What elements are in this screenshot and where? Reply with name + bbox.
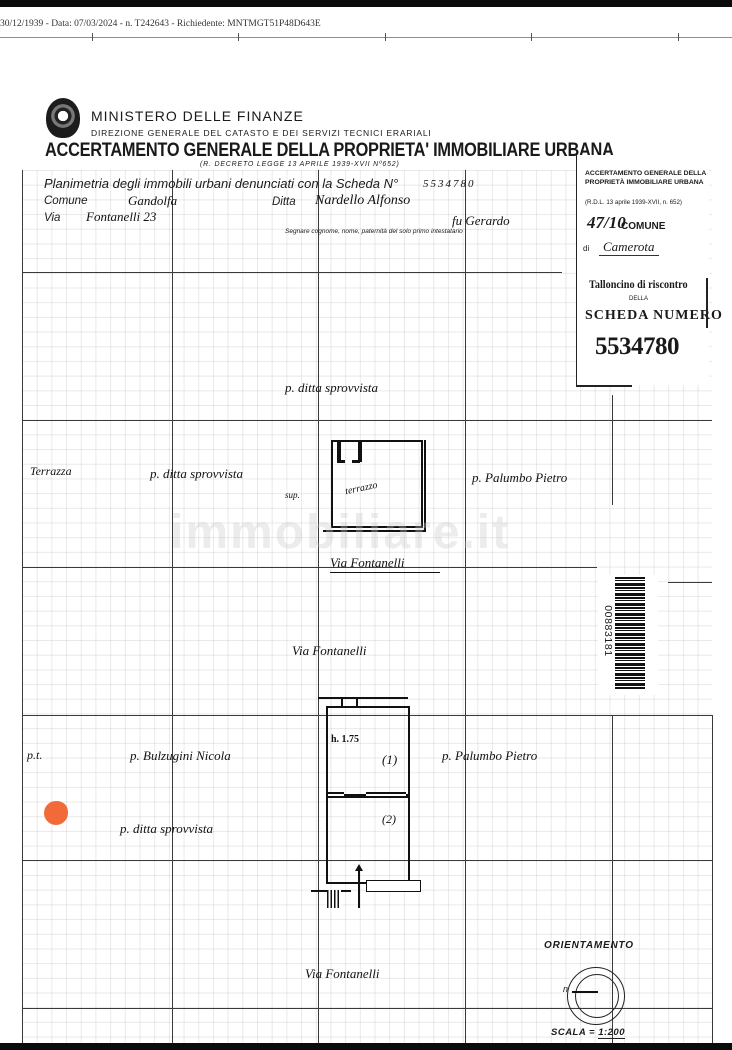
ruler-tick [531, 33, 532, 41]
tally-scheda-numero: SCHEDA NUMERO [585, 308, 723, 324]
ditta-value: Nardello Alfonso [315, 193, 410, 209]
tally-edge-mark [706, 278, 708, 328]
grid-line [712, 715, 713, 1043]
ground-west-neighbor-2: p. ditta sprovvista [120, 821, 213, 837]
entrance-arrow-icon [355, 864, 363, 871]
north-letter: n [563, 984, 568, 994]
comune-value: Gandolfa [128, 193, 177, 209]
ground-east-neighbor: p. Palumbo Pietro [442, 748, 537, 764]
north-arrow-icon [572, 991, 598, 993]
grid-line [22, 170, 23, 1043]
tally-comune-label: COMUNE [621, 221, 665, 232]
annotation-marker-dot [44, 801, 68, 825]
tally-divider [576, 385, 632, 387]
direction-name: DIREZIONE GENERALE DEL CATASTO E DEI SER… [91, 128, 432, 138]
scale-indicator: SCALA = 1:200 [551, 1027, 625, 1038]
ground-room-2 [326, 796, 410, 884]
middle-street-label: Via Fontanelli [292, 643, 367, 659]
scheda-number-value: 5534780 [423, 178, 476, 190]
barcode-number: 00883181 [602, 591, 614, 671]
bottom-street-label: Via Fontanelli [305, 966, 380, 982]
via-label: Via [44, 212, 60, 224]
grid-line [465, 170, 466, 1043]
ruler-tick [385, 33, 386, 41]
door-gap-left [328, 792, 344, 798]
grid-line [22, 567, 597, 568]
tally-scheda-number: 5534780 [595, 333, 679, 361]
ceiling-height-label: h. 1.75 [331, 734, 359, 745]
bottom-bar [0, 1043, 732, 1050]
tally-comune-value: Camerota [599, 239, 659, 256]
entrance-top-line [318, 697, 408, 699]
upper-floor-label: Terrazza [30, 464, 72, 479]
chimney-wall [337, 460, 345, 463]
decree-reference: (R. DECRETO LEGGE 13 APRILE 1939-XVII Nº… [200, 161, 400, 168]
upper-north-neighbor: p. ditta sprovvista [285, 380, 378, 396]
tally-fraction: 47/10 [587, 213, 626, 233]
room-2-label: (2) [382, 812, 396, 827]
chimney-wall [358, 442, 362, 462]
upper-east-neighbor: p. Palumbo Pietro [472, 470, 567, 486]
tally-heading: ACCERTAMENTO GENERALE DELLA PROPRIETÀ IM… [585, 169, 709, 187]
header-divider [0, 37, 732, 38]
planimetria-label: Planimetria degli immobili urbani denunc… [44, 176, 398, 191]
grid-line [22, 272, 562, 273]
comune-label: Comune [44, 195, 87, 207]
ruler-tick [678, 33, 679, 41]
barcode: 00883181 [598, 575, 658, 695]
state-emblem-icon [46, 98, 80, 138]
ground-room-1 [326, 706, 410, 796]
step-block [366, 880, 421, 892]
stairs-icon [327, 890, 341, 908]
ditta-label: Ditta [272, 196, 296, 208]
scale-label: SCALA [551, 1027, 586, 1038]
tally-stub: ACCERTAMENTO GENERALE DELLA PROPRIETÀ IM… [576, 155, 709, 385]
entrance-arrow-shaft [358, 868, 360, 908]
grid-line [22, 420, 712, 421]
ministry-name: MINISTERO DELLE FINANZE [91, 108, 304, 124]
compass-inner-ring-icon [575, 974, 619, 1018]
scale-value: 1:200 [598, 1027, 625, 1039]
tally-law: (R.D.L. 13 aprile 1939-XVII, n. 652) [585, 199, 682, 206]
grid-line [612, 395, 613, 505]
ground-west-neighbor-1: p. Bulzugini Nicola [130, 748, 231, 764]
upper-side-note: sup. [285, 490, 300, 500]
orientation-label: ORIENTAMENTO [544, 940, 634, 951]
top-bar [0, 0, 732, 7]
chimney-wall [352, 460, 360, 463]
room-1-label: (1) [382, 752, 397, 768]
watermark: immobiliare.it [170, 505, 510, 560]
via-value: Fontanelli 23 [86, 209, 156, 225]
upper-west-neighbor: p. ditta sprovvista [150, 466, 243, 482]
ruler-tick [92, 33, 93, 41]
tally-della: DELLA [629, 296, 648, 302]
tally-talloncino: Talloncino di riscontro [589, 277, 688, 292]
grid-line [318, 170, 319, 1043]
ground-floor-label: p.t. [27, 748, 42, 763]
tally-di-label: di [583, 244, 589, 253]
grid-line [668, 582, 712, 583]
street-underline [330, 572, 440, 573]
grid-line [172, 170, 173, 1043]
barcode-bars [615, 577, 645, 689]
document-title: ACCERTAMENTO GENERALE DELLA PROPRIETA' I… [45, 140, 614, 162]
door-gap-right [366, 792, 406, 798]
ditta-instruction-note: Segnare cognome, nome, paternità del sol… [285, 228, 463, 235]
chimney-wall [337, 442, 341, 462]
paternita-value: fu Gerardo [452, 213, 510, 229]
document-header-info: 30/12/1939 - Data: 07/03/2024 - n. T2426… [0, 19, 321, 29]
ruler-tick [238, 33, 239, 41]
